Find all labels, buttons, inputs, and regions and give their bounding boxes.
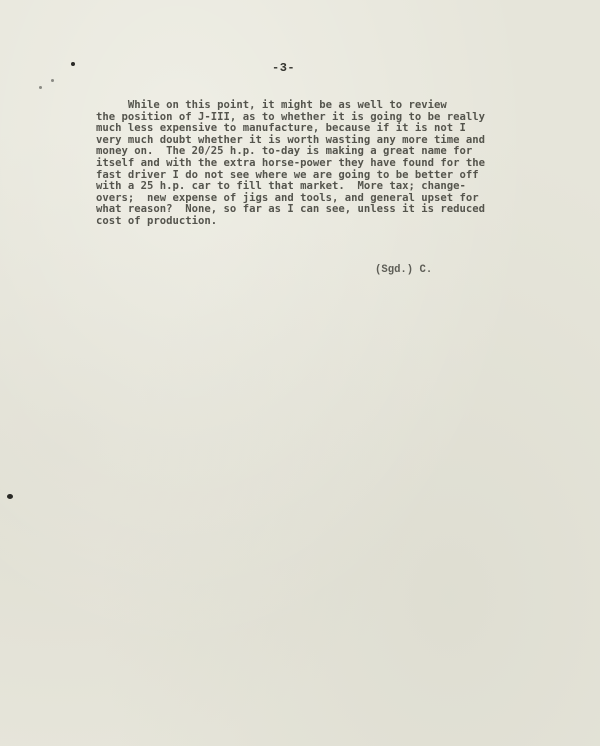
paragraph-line: very much doubt whether it is worth wast… <box>96 134 485 146</box>
paper-speck <box>71 62 75 66</box>
signature: (Sgd.) C. <box>375 264 432 276</box>
paragraph-line: much less expensive to manufacture, beca… <box>96 122 466 134</box>
paragraph-line: cost of production. <box>96 215 217 227</box>
paper-speck <box>39 86 42 89</box>
paragraph-line: what reason? None, so far as I can see, … <box>96 203 485 215</box>
paragraph-line: the position of J-III, as to whether it … <box>96 111 485 123</box>
paper-speck <box>7 494 13 499</box>
letter-paragraph: While on this point, it might be as well… <box>96 100 556 228</box>
paragraph-line: money on. The 20/25 h.p. to-day is makin… <box>96 145 472 157</box>
paper-speck <box>51 79 54 82</box>
paragraph-line: overs; new expense of jigs and tools, an… <box>96 192 479 204</box>
page-number: -3- <box>272 61 295 75</box>
paragraph-line: While on this point, it might be as well… <box>96 99 447 111</box>
paragraph-line: fast driver I do not see where we are go… <box>96 169 479 181</box>
paragraph-line: itself and with the extra horse-power th… <box>96 157 485 169</box>
paragraph-line: with a 25 h.p. car to fill that market. … <box>96 180 466 192</box>
document-page: -3- While on this point, it might be as … <box>0 0 600 746</box>
